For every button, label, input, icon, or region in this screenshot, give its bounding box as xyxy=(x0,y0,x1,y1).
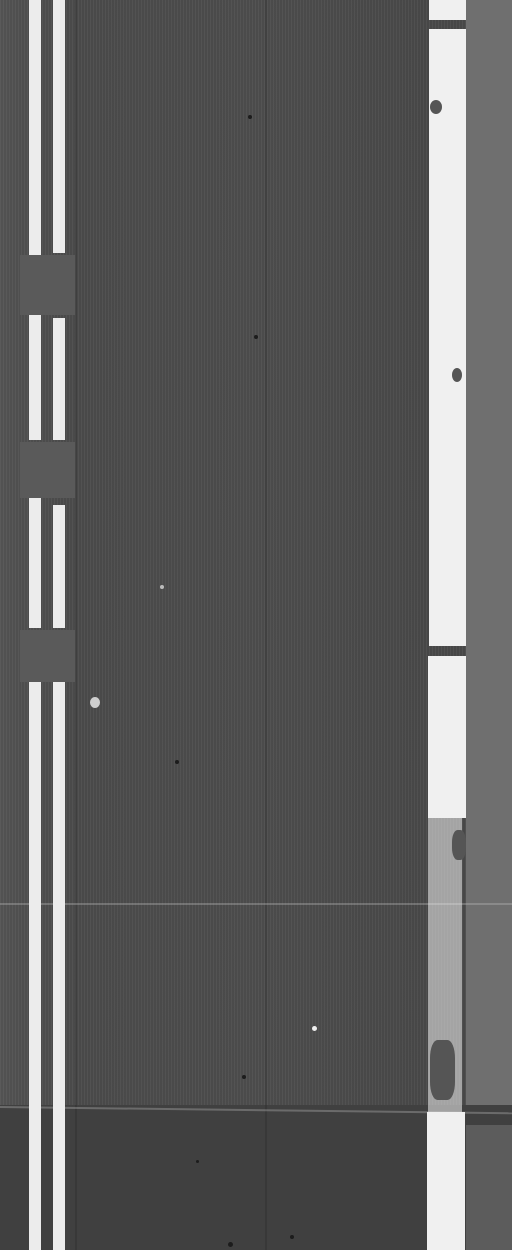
dark-stain xyxy=(175,760,179,764)
marking-wear-spot xyxy=(452,830,466,860)
light-debris-spot xyxy=(160,585,164,589)
line-gap xyxy=(20,630,75,682)
dark-stain xyxy=(242,1075,246,1079)
right-shoulder xyxy=(466,0,512,1250)
lane-line-left-inner xyxy=(53,505,65,628)
lane-line-left-outer xyxy=(29,315,41,440)
dark-stain xyxy=(196,1160,199,1163)
lane-line-left-outer xyxy=(29,0,41,255)
lane-line-left-inner xyxy=(53,0,65,253)
light-debris-spot xyxy=(90,697,100,708)
road-aerial-image: Top-down grayscale photograph of an asph… xyxy=(0,0,512,1250)
lane-line-left-outer xyxy=(29,498,41,628)
dark-stain xyxy=(248,115,252,119)
pavement-seam xyxy=(75,0,77,1250)
lane-line-left-outer xyxy=(29,682,41,1250)
marking-wear-spot xyxy=(430,100,442,114)
edge-line-right xyxy=(429,0,466,20)
light-debris-spot xyxy=(312,1026,317,1031)
line-gap xyxy=(20,442,75,498)
lower-shoulder xyxy=(466,1125,512,1250)
edge-line-right xyxy=(428,656,466,818)
marking-wear-spot xyxy=(452,368,462,382)
lane-line-left-inner xyxy=(53,682,65,1250)
edge-line-right xyxy=(429,29,466,646)
line-gap xyxy=(20,255,75,315)
dark-stain xyxy=(254,335,258,339)
marking-wear-spot xyxy=(430,1040,455,1100)
pavement-seam xyxy=(265,0,267,1250)
dark-stain xyxy=(290,1235,294,1239)
edge-line-right xyxy=(427,1112,465,1250)
dark-stain xyxy=(228,1242,233,1247)
lane-line-left-inner xyxy=(53,318,65,440)
